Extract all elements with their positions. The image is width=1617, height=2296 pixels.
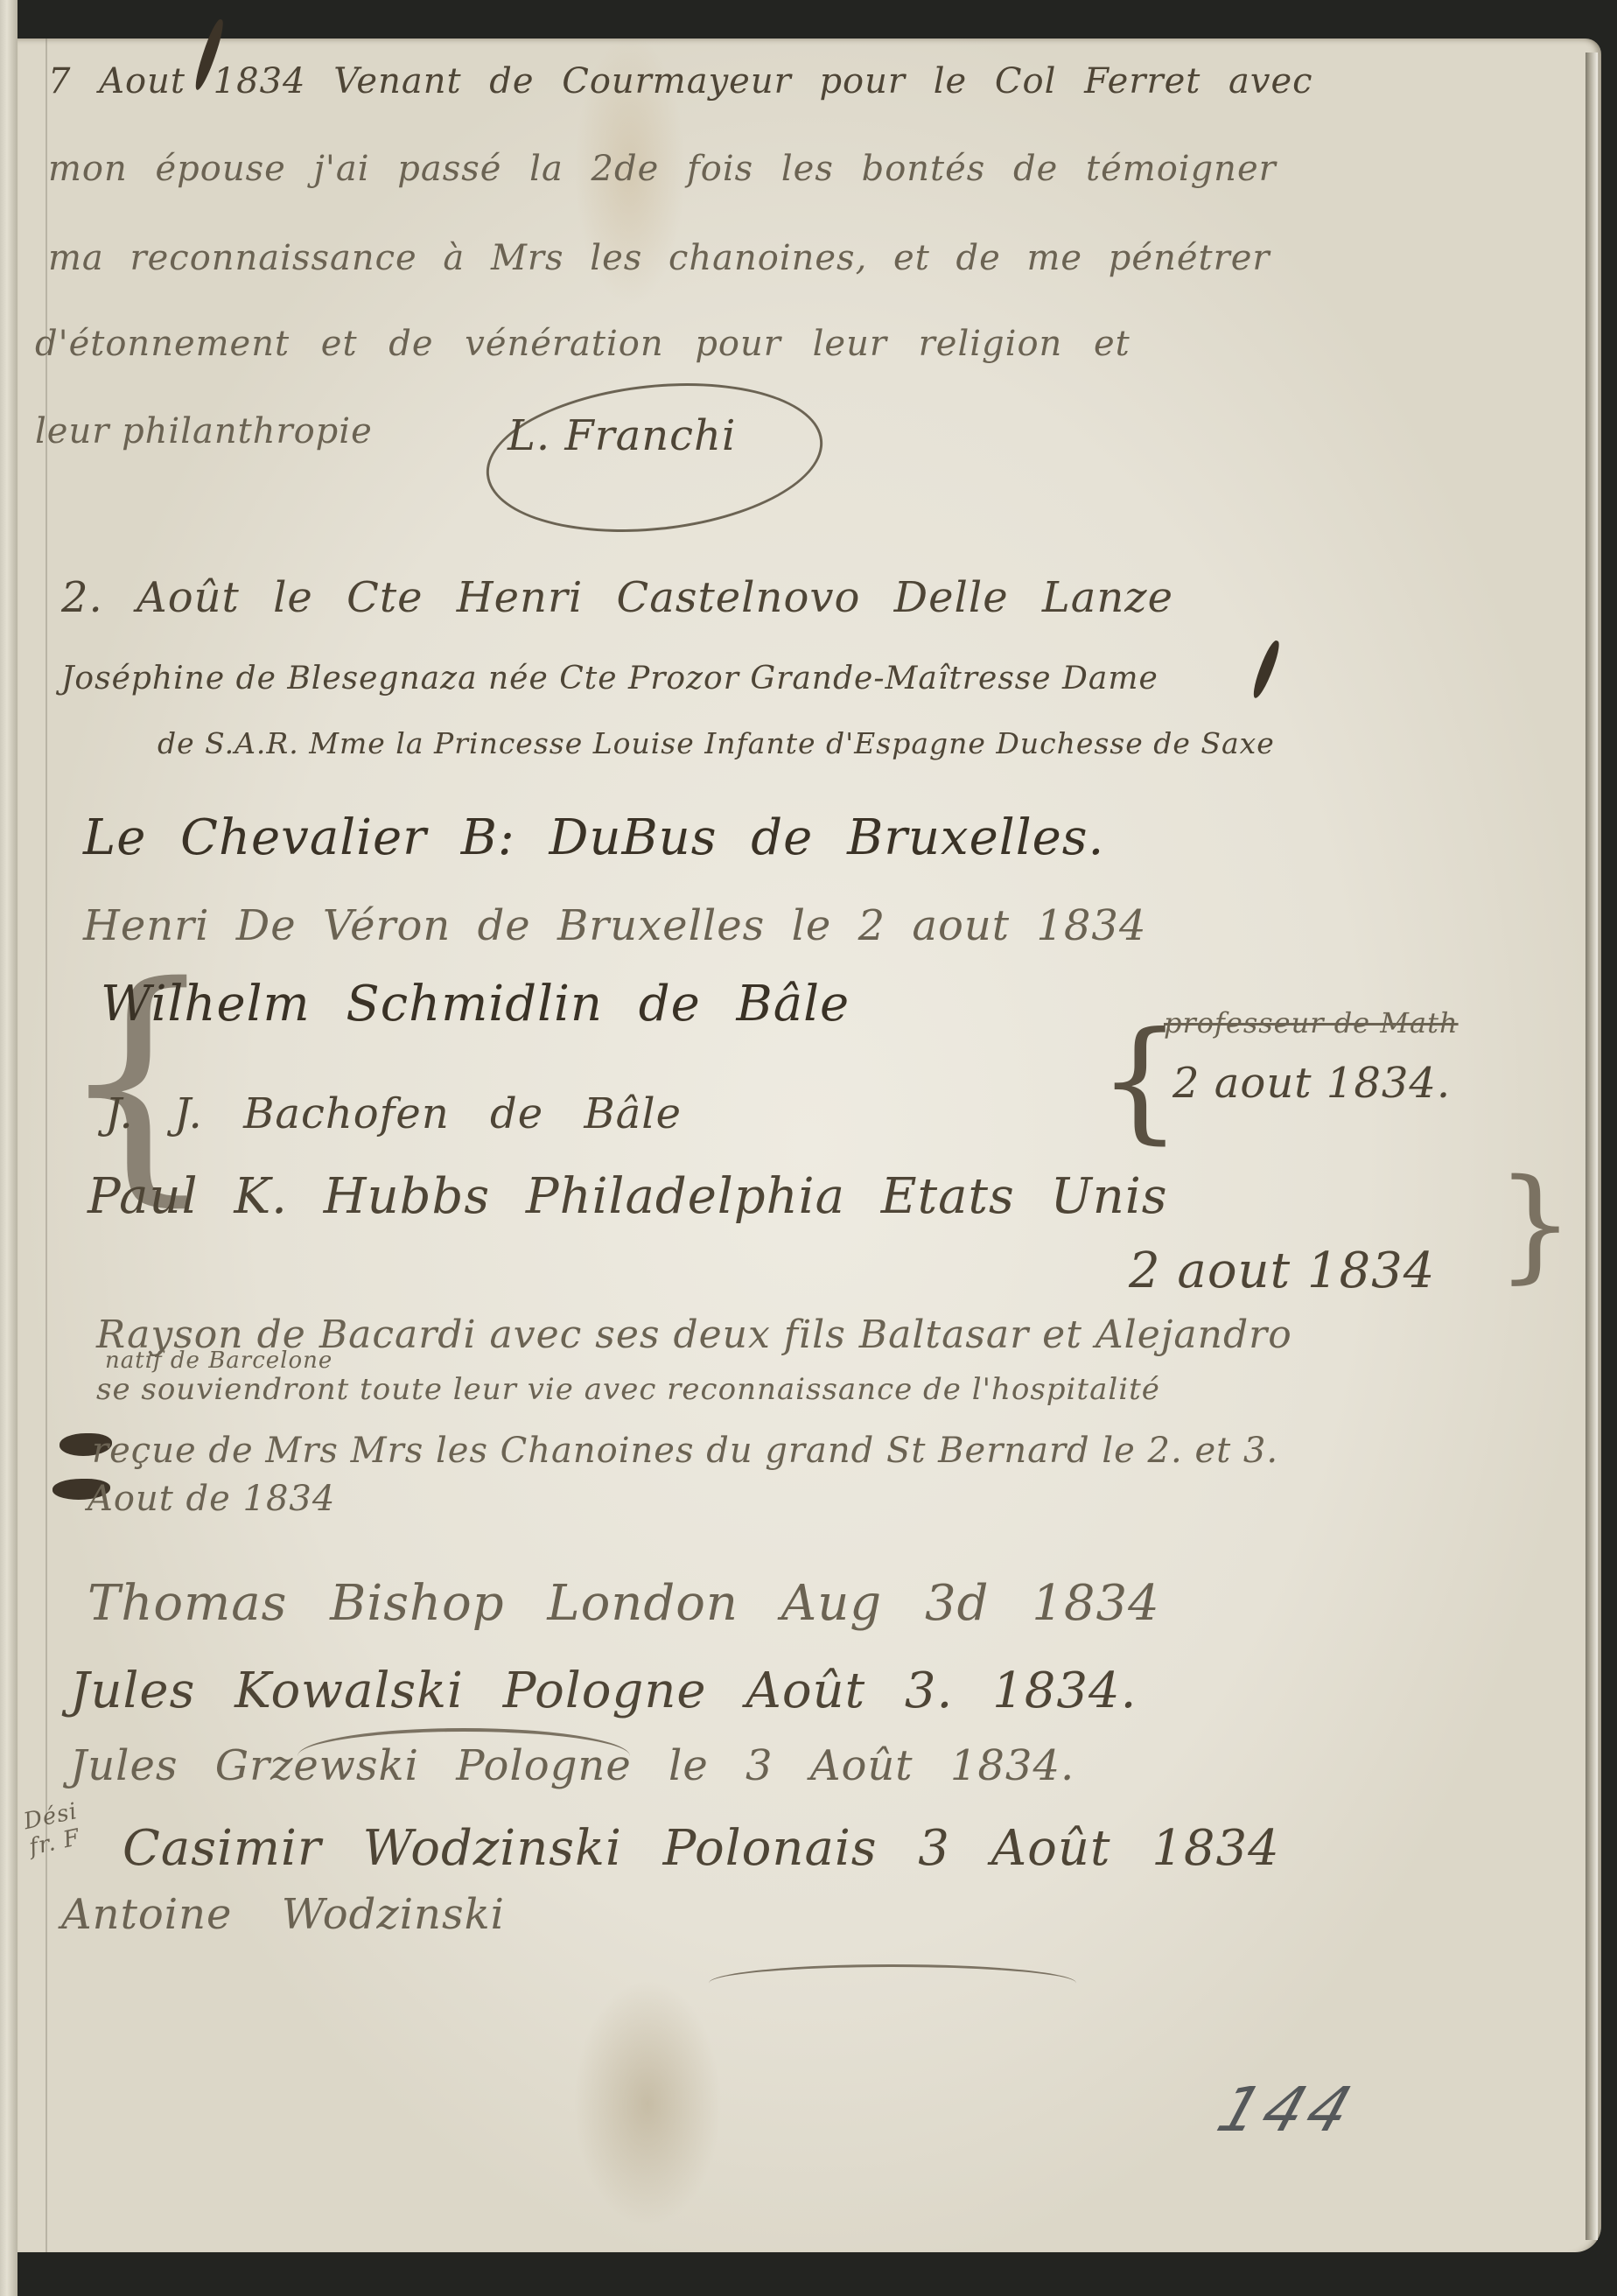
entry-5-struck-text: professeur de Math: [1164, 1006, 1459, 1039]
entry-1-line-4: d'étonnement et de vénération pour leur …: [35, 324, 1130, 364]
entry-11-line-1: Casimir Wodzinski Polonais 3 Août 1834: [122, 1820, 1280, 1877]
entry-1-line-1: 7 Aout 1834 Venant de Courmayeur pour le…: [48, 61, 1313, 101]
gutter-line: [45, 38, 47, 2252]
entry-2-line-2: Joséphine de Blesegnaza née Cte Prozor G…: [61, 661, 1158, 696]
entry-11-line-2: Antoine Wodzinski: [61, 1890, 505, 1939]
entry-5-line-1: Wilhelm Schmidlin de Bâle: [101, 976, 850, 1032]
signature-franchi: L. Franchi: [507, 411, 736, 460]
entry-4-line-1: Henri De Véron de Bruxelles le 2 aout 18…: [83, 901, 1147, 950]
entry-7-line-2: natif de Barcelone: [105, 1347, 332, 1374]
page-edge: [1585, 52, 1598, 2240]
entry-1-line-3: ma reconnaissance à Mrs les chanoines, e…: [48, 238, 1270, 278]
right-brace-2: }: [1496, 1164, 1574, 1286]
entry-2-line-3: de S.A.R. Mme la Princesse Louise Infant…: [157, 726, 1275, 760]
entry-5-line-2: J. J. Bachofen de Bâle: [105, 1089, 682, 1138]
entry-10-line-1: Jules Grzewski Pologne le 3 Août 1834.: [70, 1741, 1074, 1790]
entry-8-line-1: Thomas Bishop London Aug 3d 1834: [87, 1575, 1160, 1632]
flourish-stroke: [709, 1964, 1076, 2002]
entry-6-line-1: Paul K. Hubbs Philadelphia Etats Unis: [87, 1168, 1168, 1225]
entry-6-date: 2 aout 1834: [1129, 1242, 1435, 1299]
entry-5-date: 2 aout 1834.: [1172, 1059, 1451, 1108]
entry-7-line-5: Aout de 1834: [87, 1479, 335, 1519]
page-number: 144: [1209, 2074, 1365, 2145]
entry-9-line-1: Jules Kowalski Pologne Août 3. 1834.: [70, 1662, 1137, 1719]
entry-1-line-2: mon épouse j'ai passé la 2de fois les bo…: [48, 149, 1277, 189]
adjacent-page-edge: [0, 0, 17, 2296]
right-brace: {: [1098, 1015, 1181, 1146]
entry-1-line-5: leur philanthropie: [35, 411, 373, 451]
entry-7-line-3: se souviendront toute leur vie avec reco…: [96, 1372, 1160, 1407]
entry-7-line-4: reçue de Mrs Mrs les Chanoines du grand …: [92, 1431, 1278, 1471]
entry-2-line-1: 2. Août le Cte Henri Castelnovo Delle La…: [61, 573, 1173, 622]
entry-3-line-1: Le Chevalier B: DuBus de Bruxelles.: [83, 809, 1104, 866]
